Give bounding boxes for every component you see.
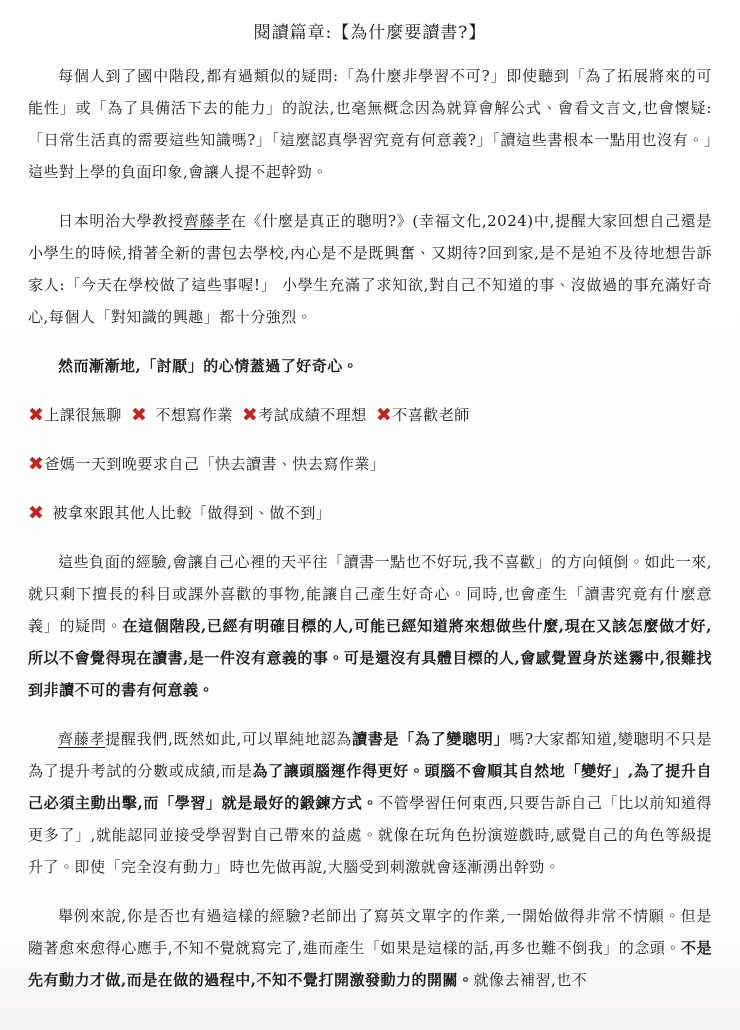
red-x-icon: ✖ — [28, 453, 44, 475]
example-paragraph: 舉例來說,你是否也有過這樣的經驗?老師出了寫英文單字的作業,一開始做得非常不情願… — [28, 900, 712, 996]
red-x-icon: ✖ — [376, 404, 392, 426]
page-title: 閱讀篇章:【為什麼要讀書?】 — [28, 18, 712, 48]
negative-balance-paragraph: 這些負面的經驗,會讓自己心裡的天平往「讀書一點也不好玩,我不喜歡」的方向傾倒。如… — [28, 546, 712, 706]
x-item-text: 不想寫作業 — [155, 406, 233, 424]
x-item: ✖爸媽一天到晚要求自己「快去讀書、快去寫作業」 — [28, 455, 385, 473]
x-item: ✖上課很無聊 — [28, 406, 122, 424]
brain-training-paragraph: 齊藤孝提醒我們,既然如此,可以單純地認為讀書是「為了變聰明」嗎?大家都知道,變聰… — [28, 723, 712, 883]
negative-experience-line-3: ✖ 被拿來跟其他人比較「做得到、做不到」 — [28, 497, 712, 529]
red-x-icon: ✖ — [28, 502, 44, 524]
author-book-paragraph: 日本明治大學教授齊藤孝在《什麼是真正的聰明?》(幸福文化,2024)中,提醒大家… — [28, 205, 712, 333]
x-item-text: 被拿來跟其他人比較「做得到、做不到」 — [52, 504, 331, 522]
intro-paragraph: 每個人到了國中階段,都有過類似的疑問:「為什麼非學習不可?」即使聽到「為了拓展將… — [28, 60, 712, 188]
emphasized-text-run: 然而漸漸地,「討厭」的心情蓋過了好奇心。 — [58, 357, 358, 375]
text-run: 提醒我們,既然如此,可以單純地認為 — [105, 730, 352, 748]
red-x-icon: ✖ — [28, 404, 44, 426]
x-item-text: 考試成績不理想 — [258, 406, 367, 424]
document-page: 閱讀篇章:【為什麼要讀書?】 每個人到了國中階段,都有過類似的疑問:「為什麼非學… — [0, 0, 740, 1030]
text-run: 就像去補習,也不 — [473, 971, 587, 989]
author-name: 齊藤孝 — [58, 730, 105, 748]
emphasized-text-run: 在這個階段,已經有明確目標的人,可能已經知道將來想做些什麼,現在又該怎麼做才好,… — [28, 617, 712, 699]
text-run: 每個人到了國中階段,都有過類似的疑問:「為什麼非學習不可?」即使聽到「為了拓展將… — [28, 67, 712, 181]
x-item: ✖ 被拿來跟其他人比較「做得到、做不到」 — [28, 504, 331, 522]
x-item-text: 爸媽一天到晚要求自己「快去讀書、快去寫作業」 — [44, 455, 385, 473]
negative-experience-line-2: ✖爸媽一天到晚要求自己「快去讀書、快去寫作業」 — [28, 448, 712, 480]
x-item-text: 不喜歡老師 — [392, 406, 470, 424]
x-item-text: 上課很無聊 — [44, 406, 122, 424]
transition-bold-line: 然而漸漸地,「討厭」的心情蓋過了好奇心。 — [28, 350, 712, 382]
text-run: 舉例來說,你是否也有過這樣的經驗?老師出了寫英文單字的作業,一開始做得非常不情願… — [28, 907, 712, 957]
red-x-icon: ✖ — [242, 404, 258, 426]
text-run: 日本明治大學教授 — [58, 212, 184, 230]
document-content: 每個人到了國中階段,都有過類似的疑問:「為什麼非學習不可?」即使聽到「為了拓展將… — [28, 60, 712, 996]
emphasized-text-run: 讀書是「為了變聰明」 — [352, 730, 509, 748]
x-item: ✖ 不想寫作業 — [131, 406, 233, 424]
x-item: ✖考試成績不理想 — [242, 406, 367, 424]
negative-experience-line-1: ✖上課很無聊✖ 不想寫作業✖考試成績不理想✖不喜歡老師 — [28, 399, 712, 431]
red-x-icon: ✖ — [131, 404, 147, 426]
author-name: 齊藤孝 — [184, 212, 231, 230]
x-item: ✖不喜歡老師 — [376, 406, 470, 424]
